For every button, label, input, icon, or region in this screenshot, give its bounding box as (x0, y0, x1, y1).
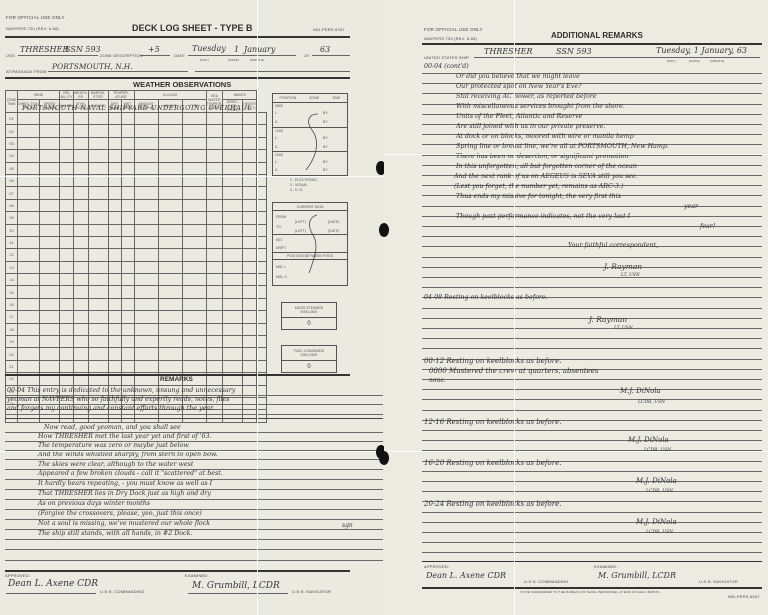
remarks-line: Not a soul is missing, we've mustered ou… (38, 520, 210, 527)
weather-cell (121, 298, 134, 310)
weather-cell (257, 249, 267, 261)
weather-cell (60, 274, 74, 286)
remarks-line: The temperature was zero or maybe just b… (38, 442, 189, 449)
zone-header: Zone (309, 96, 319, 100)
sub-day: (Day) (667, 59, 676, 63)
weather-cell (74, 323, 89, 335)
weather-cell (40, 212, 60, 224)
weather-cell (243, 261, 257, 273)
date-label: DATE (174, 53, 185, 58)
remarks-line: As on previous days winter months (38, 500, 150, 507)
weather-cell (134, 224, 158, 236)
weather-cell (158, 162, 182, 174)
weather-cell (223, 199, 243, 211)
classification-label: FOR OFFICIAL USE ONLY (424, 27, 483, 32)
entry-line: Units of the Fleet, Atlantic and Reserve (456, 113, 582, 120)
fuel-consumed-value: 0 (282, 361, 336, 373)
month-value: January (244, 45, 275, 54)
weather-cell (88, 274, 108, 286)
weather-cell (223, 150, 243, 162)
weather-cell (223, 286, 243, 298)
weather-cell (158, 125, 182, 137)
weather-cell (158, 113, 182, 125)
weather-cell (74, 311, 89, 323)
weather-cell (18, 360, 40, 372)
remarks-line: 00-04 This entry is dedicated to the unk… (7, 387, 235, 394)
ruled-line (422, 206, 762, 207)
mid-lambda-label: MID. λ (276, 275, 287, 279)
weather-row: 05 (6, 162, 267, 174)
hour-cell: 03 (6, 137, 18, 149)
fuel-consumed-box: FUEL CONSUMED 0000-2400 0 (281, 345, 337, 373)
set-label: SET (276, 238, 283, 242)
examined-signature: M. Grumbill, LCDR (598, 571, 676, 580)
weather-cell (243, 113, 257, 125)
ruled-line (5, 414, 383, 415)
legend-dr: 4 - D. R. (290, 188, 318, 193)
weather-cell (182, 137, 206, 149)
ruled-line (422, 491, 762, 492)
weather-cell (223, 187, 243, 199)
weather-cell (60, 261, 74, 273)
weather-cell (158, 224, 182, 236)
weather-cell (257, 187, 267, 199)
squiggle-mark (303, 213, 323, 275)
weather-cell (182, 113, 206, 125)
weather-cell (223, 274, 243, 286)
weather-cell (40, 249, 60, 261)
weather-cell (223, 162, 243, 174)
time-0800: 0800 (275, 104, 283, 108)
weather-observations-table: Zone Time Wind Visi-bil-ity Weath-er Bar… (5, 90, 267, 423)
weather-cell (18, 125, 40, 137)
sub-date: (Date) (228, 58, 239, 62)
weather-cell (121, 236, 134, 248)
approved-signature: Dean L. Axene CDR (8, 579, 98, 589)
weather-cell (74, 360, 89, 372)
hour-cell: 21 (6, 360, 18, 372)
weather-row: 17 (6, 311, 267, 323)
weather-cell (18, 274, 40, 286)
weather-cell (182, 199, 206, 211)
weather-cell (74, 286, 89, 298)
col-barometer: Barom-eter (88, 91, 108, 100)
ruled-line (422, 257, 762, 258)
weather-cell (88, 187, 108, 199)
form-number: NAVPERS 720 (Rev. 6-58) (424, 36, 477, 41)
ruled-line (422, 287, 762, 288)
weather-cell (121, 150, 134, 162)
weather-cell (134, 113, 158, 125)
weather-cell (40, 150, 60, 162)
weather-cell (108, 249, 121, 261)
position-header: Position (280, 96, 297, 100)
fix-legend: 2 - ELECTRONIC 3 - VISUAL 4 - D. R. (290, 178, 318, 193)
weather-cell (158, 323, 182, 335)
margin-note: sgn (342, 522, 353, 529)
hour-cell: 04 (6, 150, 18, 162)
weather-cell (223, 212, 243, 224)
weather-cell (108, 274, 121, 286)
date-label: (Date) (328, 229, 339, 233)
weather-cell (60, 199, 74, 211)
remarks-line: That THRESHER lies in Dry Dock just as h… (38, 490, 211, 497)
hour-cell: 19 (6, 336, 18, 348)
weather-cell (223, 298, 243, 310)
signature-rank: LT, USN (614, 326, 633, 331)
weather-cell (257, 274, 267, 286)
lon-label: λ. (275, 168, 278, 172)
binder-hole (379, 451, 389, 465)
weather-cell (88, 360, 108, 372)
weather-row: 02 (6, 125, 267, 137)
weather-cell (121, 261, 134, 273)
weather-cell (74, 199, 89, 211)
signature: M.J. DiNola (628, 436, 669, 444)
weather-cell (74, 224, 89, 236)
year-value: 63 (320, 45, 330, 54)
weather-cell (88, 212, 108, 224)
weather-cell (60, 137, 74, 149)
weather-cell (88, 224, 108, 236)
weather-cell (40, 298, 60, 310)
weather-cell (74, 113, 89, 125)
ruled-line (422, 542, 762, 543)
entry-line: Are still joined with us in our private … (456, 123, 606, 130)
weather-row: 16 (6, 298, 267, 310)
navigator-label: U.S.N. NAVIGATOR (292, 589, 331, 594)
weather-cell (243, 224, 257, 236)
weather-cell (257, 261, 267, 273)
ruled-line (422, 348, 762, 349)
weather-cell (60, 212, 74, 224)
signature: J. Rayman (604, 262, 642, 271)
weather-cell (134, 261, 158, 273)
ruled-line (422, 532, 762, 533)
hour-cell: 12 (6, 249, 18, 261)
entry-line: Though past performance indicates, not t… (456, 213, 630, 220)
location-value: PORTSMOUTH, N.H. (52, 62, 133, 71)
ship-label: UNITED STATES SHIP (424, 55, 469, 60)
sheet-title: ADDITIONAL REMARKS (551, 31, 643, 40)
ruled-line (5, 539, 383, 540)
weather-cell (134, 348, 158, 360)
time-2000: 2000 (275, 153, 283, 157)
weather-cell (60, 286, 74, 298)
ruled-line (422, 522, 762, 523)
entry-line: At dock or on blocks, moored with wire o… (456, 133, 634, 140)
weather-cell (60, 348, 74, 360)
weather-cell (158, 286, 182, 298)
weather-cell (223, 137, 243, 149)
weather-cell (182, 125, 206, 137)
day-value: Tuesday (192, 44, 226, 53)
weather-cell (121, 323, 134, 335)
ruled-line (422, 379, 762, 380)
weather-cell (18, 187, 40, 199)
weather-cell (108, 150, 121, 162)
weather-cell (257, 348, 267, 360)
weather-row: 18 (6, 323, 267, 335)
hour-cell: 14 (6, 274, 18, 286)
ruled-line (422, 512, 762, 513)
commanding-label: U.S.N. COMMANDING (524, 579, 569, 584)
weather-cell (18, 162, 40, 174)
weather-cell (206, 137, 223, 149)
hour-cell: 15 (6, 286, 18, 298)
weather-cell (182, 261, 206, 273)
weather-cell (206, 236, 223, 248)
weather-row: 09 (6, 212, 267, 224)
weather-row: 20 (6, 348, 267, 360)
weather-cell (108, 311, 121, 323)
weather-cell (88, 336, 108, 348)
entry-line: Or did you believe that we might leave (456, 73, 580, 80)
weather-cell (18, 212, 40, 224)
weather-cell (74, 249, 89, 261)
weather-cell (182, 150, 206, 162)
weather-cell (182, 212, 206, 224)
signature: M.J. DiNola (636, 518, 677, 526)
weather-cell (182, 224, 206, 236)
weather-cell (182, 348, 206, 360)
weather-cell (18, 348, 40, 360)
entry-line: fear! (700, 223, 715, 230)
weather-cell (40, 162, 60, 174)
current-data-title: CURRENT DATA (273, 203, 347, 211)
hull-number: SSN 593 (65, 45, 101, 54)
col-waves: Waves (223, 91, 257, 100)
weather-cell (60, 311, 74, 323)
weather-cell (243, 236, 257, 248)
weather-cell (182, 336, 206, 348)
binder-hole (379, 223, 389, 237)
position-box: Position Zone Time 0800 L. λ. BY BY 1200… (272, 93, 348, 176)
weather-cell (40, 348, 60, 360)
weather-cell (134, 286, 158, 298)
examined-label: EXAMINED: (594, 564, 618, 569)
col-weather: Weath-er (74, 91, 89, 100)
hour-cell: 07 (6, 187, 18, 199)
entry-line: 16-20 Resting on keelblocks as before. (424, 459, 561, 467)
weather-row: 13 (6, 261, 267, 273)
zone-value: +5 (148, 45, 160, 54)
weather-cell (243, 212, 257, 224)
weather-cell (182, 187, 206, 199)
sub-month: (Month) (710, 59, 724, 63)
weather-cell (223, 125, 243, 137)
weather-cell (158, 137, 182, 149)
signature: M.J. DiNola (636, 477, 677, 485)
weather-cell (40, 261, 60, 273)
weather-cell (18, 286, 40, 298)
weather-row: 08 (6, 199, 267, 211)
weather-cell (121, 137, 134, 149)
remarks-line: and forgets my continuing and constant e… (7, 405, 214, 412)
weather-cell (182, 249, 206, 261)
remarks-line: The ship still stands, with all hands, i… (38, 530, 192, 537)
weather-cell (134, 199, 158, 211)
weather-cell (60, 336, 74, 348)
weather-cell (134, 212, 158, 224)
weather-cell (257, 298, 267, 310)
weather-cell (108, 323, 121, 335)
remarks-line: How THRESHER met the last year yet and f… (38, 433, 211, 440)
weather-cell (18, 150, 40, 162)
remarks-line: Appeared a few broken clouds - call it "… (38, 470, 223, 477)
hour-cell: 01 (6, 113, 18, 125)
weather-cell (206, 224, 223, 236)
ruled-line (422, 277, 762, 278)
hour-cell: 05 (6, 162, 18, 174)
hour-cell: 20 (6, 348, 18, 360)
from-label: FROM (276, 215, 286, 219)
approved-label: APPROVED: (424, 564, 449, 569)
weather-cell (18, 336, 40, 348)
weather-title: WEATHER OBSERVATIONS (133, 80, 231, 89)
ruled-line (422, 308, 762, 309)
weather-cell (60, 187, 74, 199)
weather-cell (257, 286, 267, 298)
weather-cell (257, 360, 267, 372)
commanding-label: U.S.N. COMMANDING (100, 589, 145, 594)
weather-cell (206, 125, 223, 137)
ruled-line (422, 236, 762, 237)
weather-cell (158, 150, 182, 162)
hull-number: SSN 593 (556, 47, 592, 56)
col-clouds: Clouds (134, 91, 206, 100)
location-label: AT/PASSAGE FROM (6, 69, 47, 74)
ruled-line (422, 410, 762, 411)
weather-cell (18, 199, 40, 211)
form-code: Ind-Pers 6037 (313, 27, 345, 32)
signature-rank: LT, USN (621, 273, 640, 278)
header-rule (5, 36, 350, 38)
weather-cell (206, 261, 223, 273)
weather-cell (88, 113, 108, 125)
closing-line: Your faithful correspondent, (568, 242, 658, 249)
weather-cell (40, 187, 60, 199)
miles-steamed-value: 0 (282, 318, 336, 330)
weather-cell (74, 137, 89, 149)
weather-cell (40, 274, 60, 286)
weather-cell (74, 336, 89, 348)
ruled-line (422, 481, 762, 482)
weather-cell (108, 286, 121, 298)
weather-cell (182, 298, 206, 310)
weather-cell (108, 162, 121, 174)
lon-label: λ. (275, 145, 278, 149)
weather-cell (257, 162, 267, 174)
weather-cell (121, 274, 134, 286)
weather-cell (121, 125, 134, 137)
weather-cell (243, 336, 257, 348)
weather-row: 10 (6, 224, 267, 236)
weather-cell (223, 348, 243, 360)
weather-cell (206, 162, 223, 174)
weather-cell (121, 249, 134, 261)
weather-cell (158, 212, 182, 224)
weather-cell (108, 199, 121, 211)
hour-cell: 10 (6, 224, 18, 236)
weather-cell (257, 125, 267, 137)
weather-cell (223, 323, 243, 335)
weather-cell (223, 261, 243, 273)
weather-cell (134, 236, 158, 248)
weather-cell (257, 212, 267, 224)
weather-cell (223, 249, 243, 261)
weather-cell (206, 336, 223, 348)
sub-day: (Day) (200, 58, 209, 62)
weather-cell (158, 187, 182, 199)
hour-cell: 13 (6, 261, 18, 273)
form-code: Ind-Pers 6037 (728, 594, 760, 599)
weather-cell (88, 137, 108, 149)
weather-cell (158, 261, 182, 273)
col-temperature: Temper-ature (108, 91, 134, 100)
weather-cell (158, 348, 182, 360)
navigator-label: U.S.N. NAVIGATOR (699, 579, 738, 584)
weather-cell (74, 187, 89, 199)
time-1200: 1200 (275, 129, 283, 133)
weather-cell (121, 336, 134, 348)
weather-cell (243, 286, 257, 298)
sub-date: (Date) (689, 59, 700, 63)
weather-cell (134, 336, 158, 348)
weather-cell (108, 298, 121, 310)
weather-cell (243, 360, 257, 372)
deck-log-sheet: FOR OFFICIAL USE ONLY NAVPERS 720 (Rev. … (0, 0, 384, 615)
examined-signature: M. Grumbill, LCDR (192, 581, 280, 591)
weather-cell (88, 162, 108, 174)
weather-cell (74, 348, 89, 360)
uss-label: USS (6, 53, 15, 58)
weather-cell (88, 298, 108, 310)
weather-cell (223, 311, 243, 323)
form-number: NAVPERS 720 (Rev. 6-58) (6, 26, 59, 31)
weather-cell (243, 348, 257, 360)
weather-cell (18, 323, 40, 335)
additional-remarks-sheet: FOR OFFICIAL USE ONLY NAVPERS 720 (Rev. … (384, 0, 768, 615)
weather-cell (88, 286, 108, 298)
weather-cell (134, 125, 158, 137)
remarks-title: REMARKS (160, 376, 193, 383)
drift-label: DRIFT (276, 246, 286, 250)
weather-cell (60, 236, 74, 248)
lon-label: λ. (275, 120, 278, 124)
weather-cell (108, 224, 121, 236)
weather-cell (40, 125, 60, 137)
hour-cell: 11 (6, 236, 18, 248)
sheet-title: DECK LOG SHEET - TYPE B (132, 23, 253, 33)
weather-cell (158, 311, 182, 323)
weather-cell (206, 311, 223, 323)
entry-line: Our protected spot on New Year's Eve? (456, 83, 582, 90)
weather-cell (74, 236, 89, 248)
weather-cell (257, 113, 267, 125)
entry-line: In this unforgotten, all but forgotten c… (456, 163, 637, 170)
entry-line: Still receiving AC power, as reported be… (456, 93, 597, 100)
ship-name: THRESHER (20, 45, 69, 54)
weather-row: 15 (6, 286, 267, 298)
squiggle-mark (298, 112, 328, 172)
lat-label: L. (275, 111, 278, 115)
entry-line: 20-24 Resting on keelblocks as before. (424, 500, 561, 508)
weather-cell (257, 336, 267, 348)
weather-cell (182, 274, 206, 286)
weather-cell (243, 137, 257, 149)
entry-line: none. (429, 377, 446, 384)
